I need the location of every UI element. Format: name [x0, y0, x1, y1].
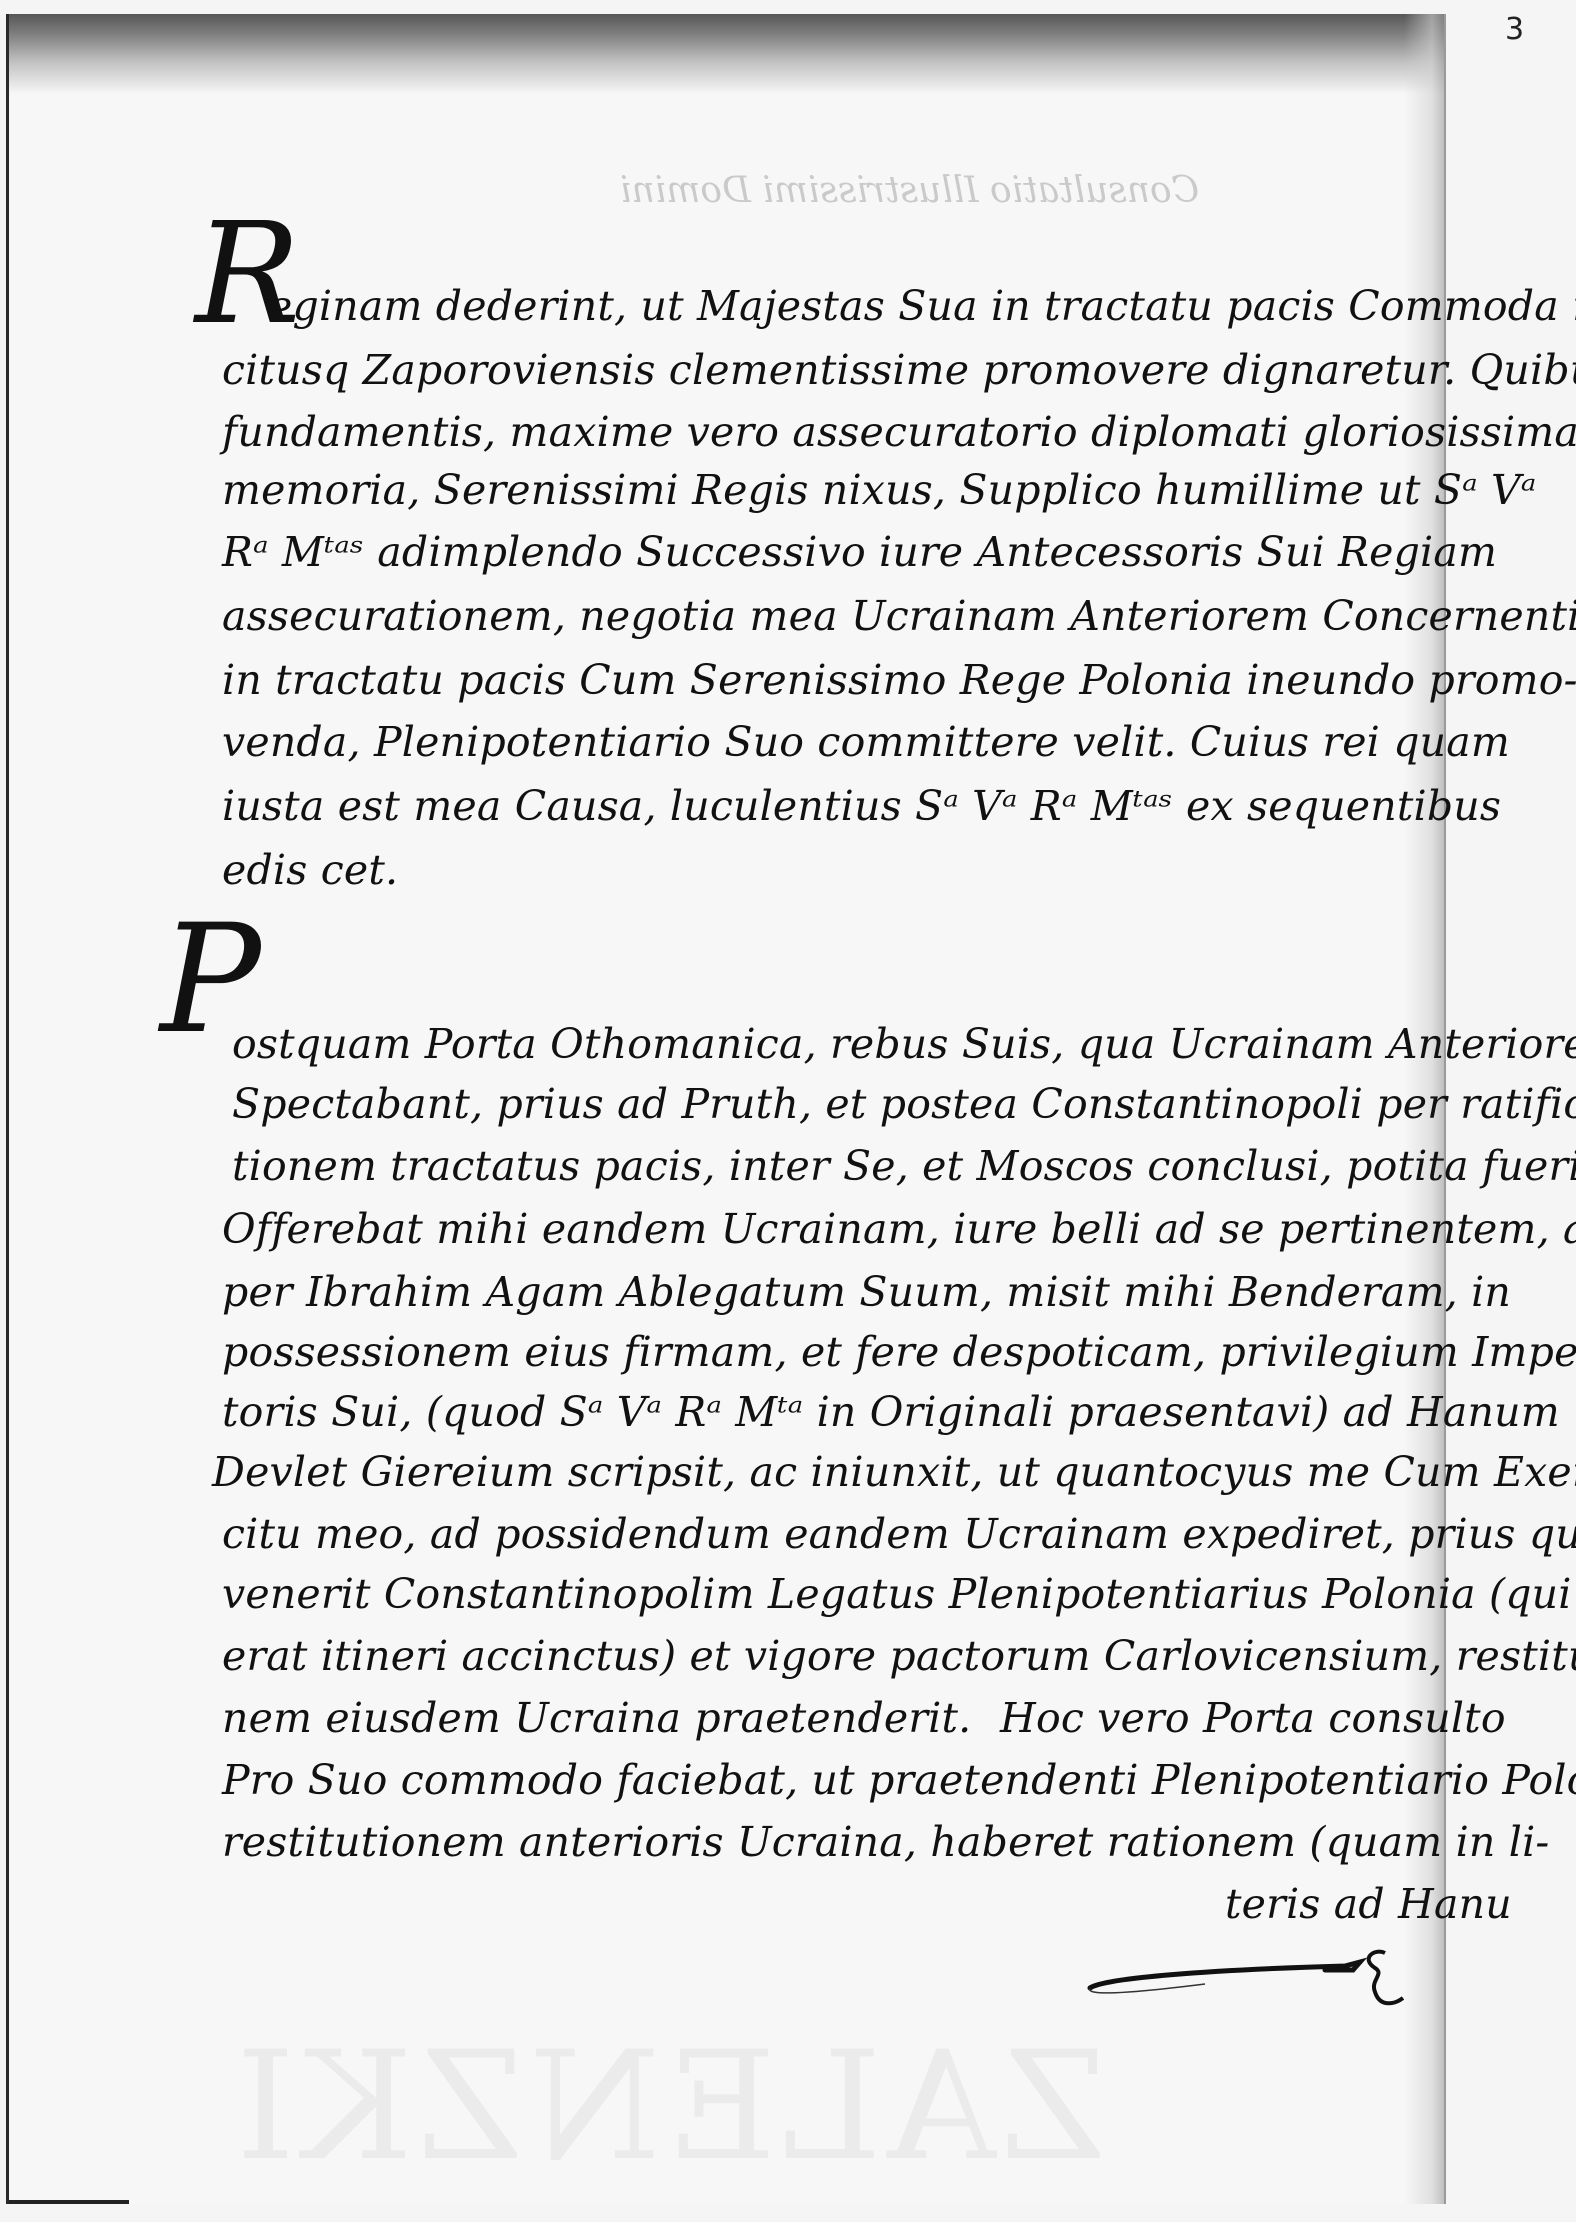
text-line: nem eiusdem Ucraina praetenderit.: [222, 1694, 971, 1742]
text-line: toris Sui, (quod Sᵃ Vᵃ Rᵃ Mᵗᵃ in Origina…: [222, 1388, 1560, 1436]
text-line: fundamentis, maxime vero assecuratorio d…: [222, 408, 1576, 456]
text-line: in tractatu pacis Cum Serenissimo Rege P…: [222, 656, 1576, 704]
text-line: assecurationem, negotia mea Ucrainam Ant…: [222, 592, 1576, 640]
text-line: tionem tractatus pacis, inter Se, et Mos…: [232, 1142, 1576, 1190]
text-line: citusq Zaporoviensis clementissime promo…: [222, 346, 1576, 394]
folio-number: 3: [1505, 12, 1524, 47]
text-line: Pro Suo commodo faciebat, ut praetendent…: [222, 1756, 1576, 1804]
text-line: ostquam Porta Othomanica, rebus Suis, qu…: [232, 1020, 1576, 1068]
text-line: per Ibrahim Agam Ablegatum Suum, misit m…: [222, 1268, 1511, 1316]
text-line: venerit Constantinopolim Legatus Plenipo…: [222, 1570, 1576, 1618]
text-line: memoria, Serenissimi Regis nixus, Suppli…: [222, 466, 1536, 514]
text-line: erat itineri accinctus) et vigore pactor…: [222, 1632, 1576, 1680]
text-line: Offerebat mihi eandem Ucrainam, iure bel…: [222, 1205, 1576, 1253]
page-bottom-edge: [9, 2200, 129, 2204]
text-line: citu meo, ad possidendum eandem Ucrainam…: [222, 1510, 1576, 1558]
text-line: eginam dederint, ut Majestas Sua in trac…: [268, 282, 1576, 330]
bleed-through-top: Consultatio Illustrissimi Domini: [620, 170, 1199, 211]
scanned-manuscript: 3 Consultatio Illustrissimi Domini ZALEN…: [0, 0, 1576, 2222]
text-line: teris ad Hanu: [1225, 1880, 1512, 1928]
text-line-right: Hoc vero Porta consulto: [1000, 1694, 1506, 1742]
text-line: venda, Plenipotentiario Suo committere v…: [222, 718, 1510, 766]
catchword-flourish-icon: [1085, 1948, 1415, 2028]
text-line: Rᵃ Mᵗᵃˢ adimplendo Successivo iure Antec…: [222, 528, 1497, 576]
text-line: restitutionem anterioris Ucraina, habere…: [222, 1818, 1549, 1866]
text-line: edis cet.: [222, 846, 398, 894]
bleed-through-bottom: ZALENZKI: [230, 2020, 1106, 2194]
text-line: possessionem eius firmam, et fere despot…: [222, 1328, 1576, 1376]
text-line: Devlet Giereium scripsit, ac iniunxit, u…: [212, 1448, 1576, 1496]
page-top-shadow: [9, 14, 1444, 94]
text-line: iusta est mea Causa, luculentius Sᵃ Vᵃ R…: [222, 782, 1501, 830]
text-line: Spectabant, prius ad Pruth, et postea Co…: [232, 1080, 1576, 1128]
